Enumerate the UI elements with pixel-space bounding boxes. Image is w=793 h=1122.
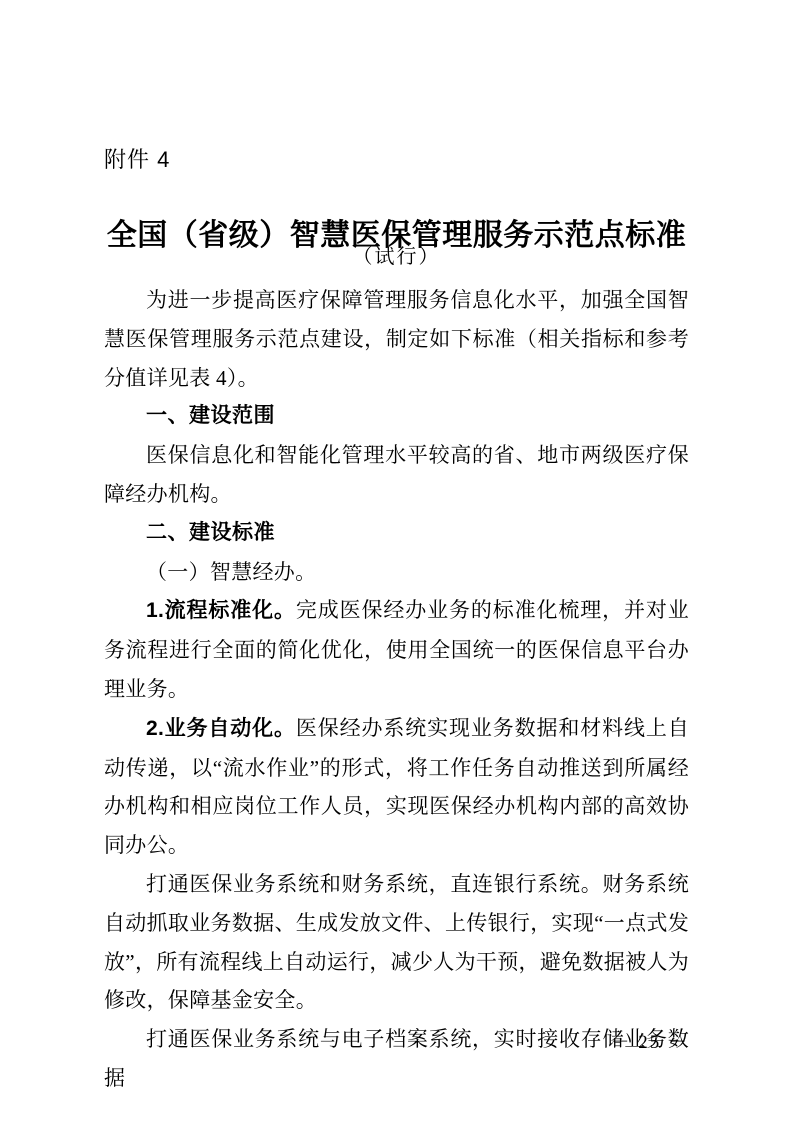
intro-paragraph: 为进一步提高医疗保障管理服务信息化水平，加强全国智慧医保管理服务示范点建设，制定…: [104, 281, 689, 397]
item-2-lead: 2.业务自动化。: [146, 717, 296, 740]
section-2-heading: 二、建设标准: [104, 514, 689, 553]
item-2-paragraph: 2.业务自动化。医保经办系统实现业务数据和材料线上自动传递，以“流水作业”的形式…: [104, 709, 689, 865]
item-2-paragraph-3: 打通医保业务系统与电子档案系统，实时接收存储业务数据: [104, 1020, 689, 1098]
document-subtitle: （试行）: [0, 243, 793, 271]
item-2-paragraph-2: 打通医保业务系统和财务系统，直连银行系统。财务系统自动抓取业务数据、生成发放文件…: [104, 865, 689, 1020]
item-1-lead: 1.流程标准化。: [146, 599, 296, 622]
page-number: － 25 －: [610, 1030, 689, 1056]
item-1-paragraph: 1.流程标准化。完成医保经办业务的标准化梳理，并对业务流程进行全面的简化优化，使…: [104, 591, 689, 708]
section-1-heading: 一、建设范围: [104, 397, 689, 436]
attachment-label: 附件 4: [104, 146, 170, 174]
document-page: 附件 4 全国（省级）智慧医保管理服务示范点标准 （试行） 为进一步提高医疗保障…: [0, 0, 793, 1122]
document-body: 为进一步提高医疗保障管理服务信息化水平，加强全国智慧医保管理服务示范点建设，制定…: [104, 281, 689, 1098]
section-1-paragraph: 医保信息化和智能化管理水平较高的省、地市两级医疗保障经办机构。: [104, 436, 689, 514]
subsection-1-heading: （一）智慧经办。: [104, 553, 689, 592]
